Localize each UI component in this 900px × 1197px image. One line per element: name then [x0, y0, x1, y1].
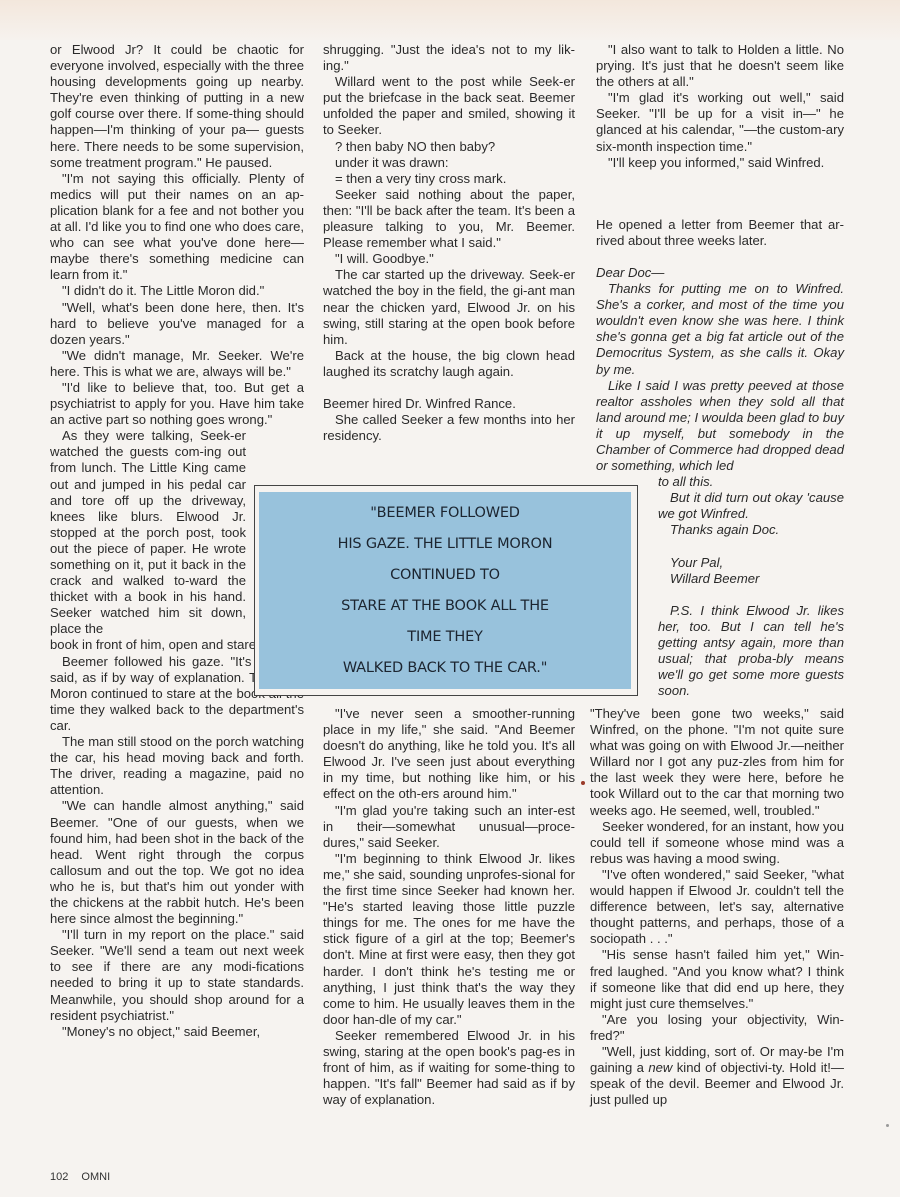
- paragraph: "I'll turn in my report on the place." s…: [50, 927, 304, 1024]
- paragraph: The car started up the driveway. Seek-er…: [323, 267, 575, 347]
- pull-quote-line: HIS GAZE. THE LITTLE MORON: [338, 536, 553, 552]
- column-3-bottom: "They've been gone two weeks," said Winf…: [590, 706, 844, 1108]
- paragraph: "I've never seen a smoother-running plac…: [323, 706, 575, 803]
- pull-quote-line: CONTINUED TO: [390, 567, 500, 583]
- paragraph: "They've been gone two weeks," said Winf…: [590, 706, 844, 819]
- paragraph: Seeker remembered Elwood Jr. in his swin…: [323, 1028, 575, 1108]
- section-break-paragraph: Beemer hired Dr. Winfred Rance.: [323, 396, 575, 412]
- paragraph: "Well, what's been done here, then. It's…: [50, 300, 304, 348]
- paragraph: "I'm glad you're taking such an inter-es…: [323, 803, 575, 851]
- paragraph: "Well, just kidding, sort of. Or may-be …: [590, 1044, 844, 1108]
- paragraph: or Elwood Jr? It could be chaotic for ev…: [50, 42, 304, 171]
- paragraph: "I will. Goodbye.": [323, 251, 575, 267]
- emphasis-text: new: [648, 1060, 672, 1075]
- print-speck: [886, 1124, 889, 1127]
- pull-quote-line: STARE AT THE BOOK ALL THE: [341, 598, 549, 614]
- paragraph: "I'd like to believe that, too. But get …: [50, 380, 304, 428]
- paragraph: ? then baby NO then baby?: [323, 139, 575, 155]
- paragraph: The man still stood on the porch watchin…: [50, 734, 304, 798]
- pull-quote-line: WALKED BACK TO THE CAR.": [343, 660, 547, 676]
- paragraph: "We can handle almost anything," said Be…: [50, 798, 304, 927]
- paragraph: "I've often wondered," said Seeker, "wha…: [590, 867, 844, 947]
- paragraph-wrapped-around-pullquote: As they were talking, Seek-er watched th…: [50, 428, 246, 637]
- pull-quote-line: TIME THEY: [407, 629, 482, 645]
- paragraph: Back at the house, the big clown head la…: [323, 348, 575, 380]
- paragraph: "Are you losing your objectivity, Win-fr…: [590, 1012, 844, 1044]
- paragraph: "I'm beginning to think Elwood Jr. likes…: [323, 851, 575, 1028]
- paragraph: "I also want to talk to Holden a little.…: [596, 42, 844, 90]
- column-2-top: shrugging. "Just the idea's not to my li…: [323, 42, 575, 444]
- pull-quote-line: "BEEMER FOLLOWED: [370, 505, 520, 521]
- paragraph: "I'll keep you informed," said Winfred.: [596, 155, 844, 171]
- paragraph: "Money's no object," said Beemer,: [50, 1024, 304, 1040]
- section-break-paragraph: He opened a letter from Beemer that ar-r…: [596, 217, 844, 249]
- pull-quote-frame: "BEEMER FOLLOWED HIS GAZE. THE LITTLE MO…: [254, 485, 638, 696]
- paragraph: "I'm not saying this officially. Plenty …: [50, 171, 304, 284]
- magazine-name: OMNI: [81, 1171, 110, 1183]
- column-2-bottom: "I've never seen a smoother-running plac…: [323, 706, 575, 1108]
- page-top-margin: [0, 0, 900, 40]
- paragraph: shrugging. "Just the idea's not to my li…: [323, 42, 575, 74]
- letter-salutation: Dear Doc—: [596, 265, 844, 281]
- paragraph: = then a very tiny cross mark.: [323, 171, 575, 187]
- letter-paragraph: Thanks for putting me on to Winfred. She…: [596, 281, 844, 378]
- paragraph: She called Seeker a few months into her …: [323, 412, 575, 444]
- paragraph: "His sense hasn't failed him yet," Win-f…: [590, 947, 844, 1011]
- paragraph: under it was drawn:: [323, 155, 575, 171]
- paragraph: "We didn't manage, Mr. Seeker. We're her…: [50, 348, 304, 380]
- paragraph: "I'm glad it's working out well," said S…: [596, 90, 844, 154]
- paragraph: Seeker wondered, for an instant, how you…: [590, 819, 844, 867]
- folio: 102 OMNI: [50, 1171, 110, 1183]
- paragraph: Seeker said nothing about the paper, the…: [323, 187, 575, 251]
- print-speck: [581, 781, 585, 785]
- page-number: 102: [50, 1171, 68, 1183]
- paragraph: Willard went to the post while Seek-er p…: [323, 74, 575, 138]
- pull-quote: "BEEMER FOLLOWED HIS GAZE. THE LITTLE MO…: [259, 492, 631, 689]
- paragraph: "I didn't do it. The Little Moron did.": [50, 283, 304, 299]
- letter-paragraph: Like I said I was pretty peeved at those…: [596, 378, 844, 475]
